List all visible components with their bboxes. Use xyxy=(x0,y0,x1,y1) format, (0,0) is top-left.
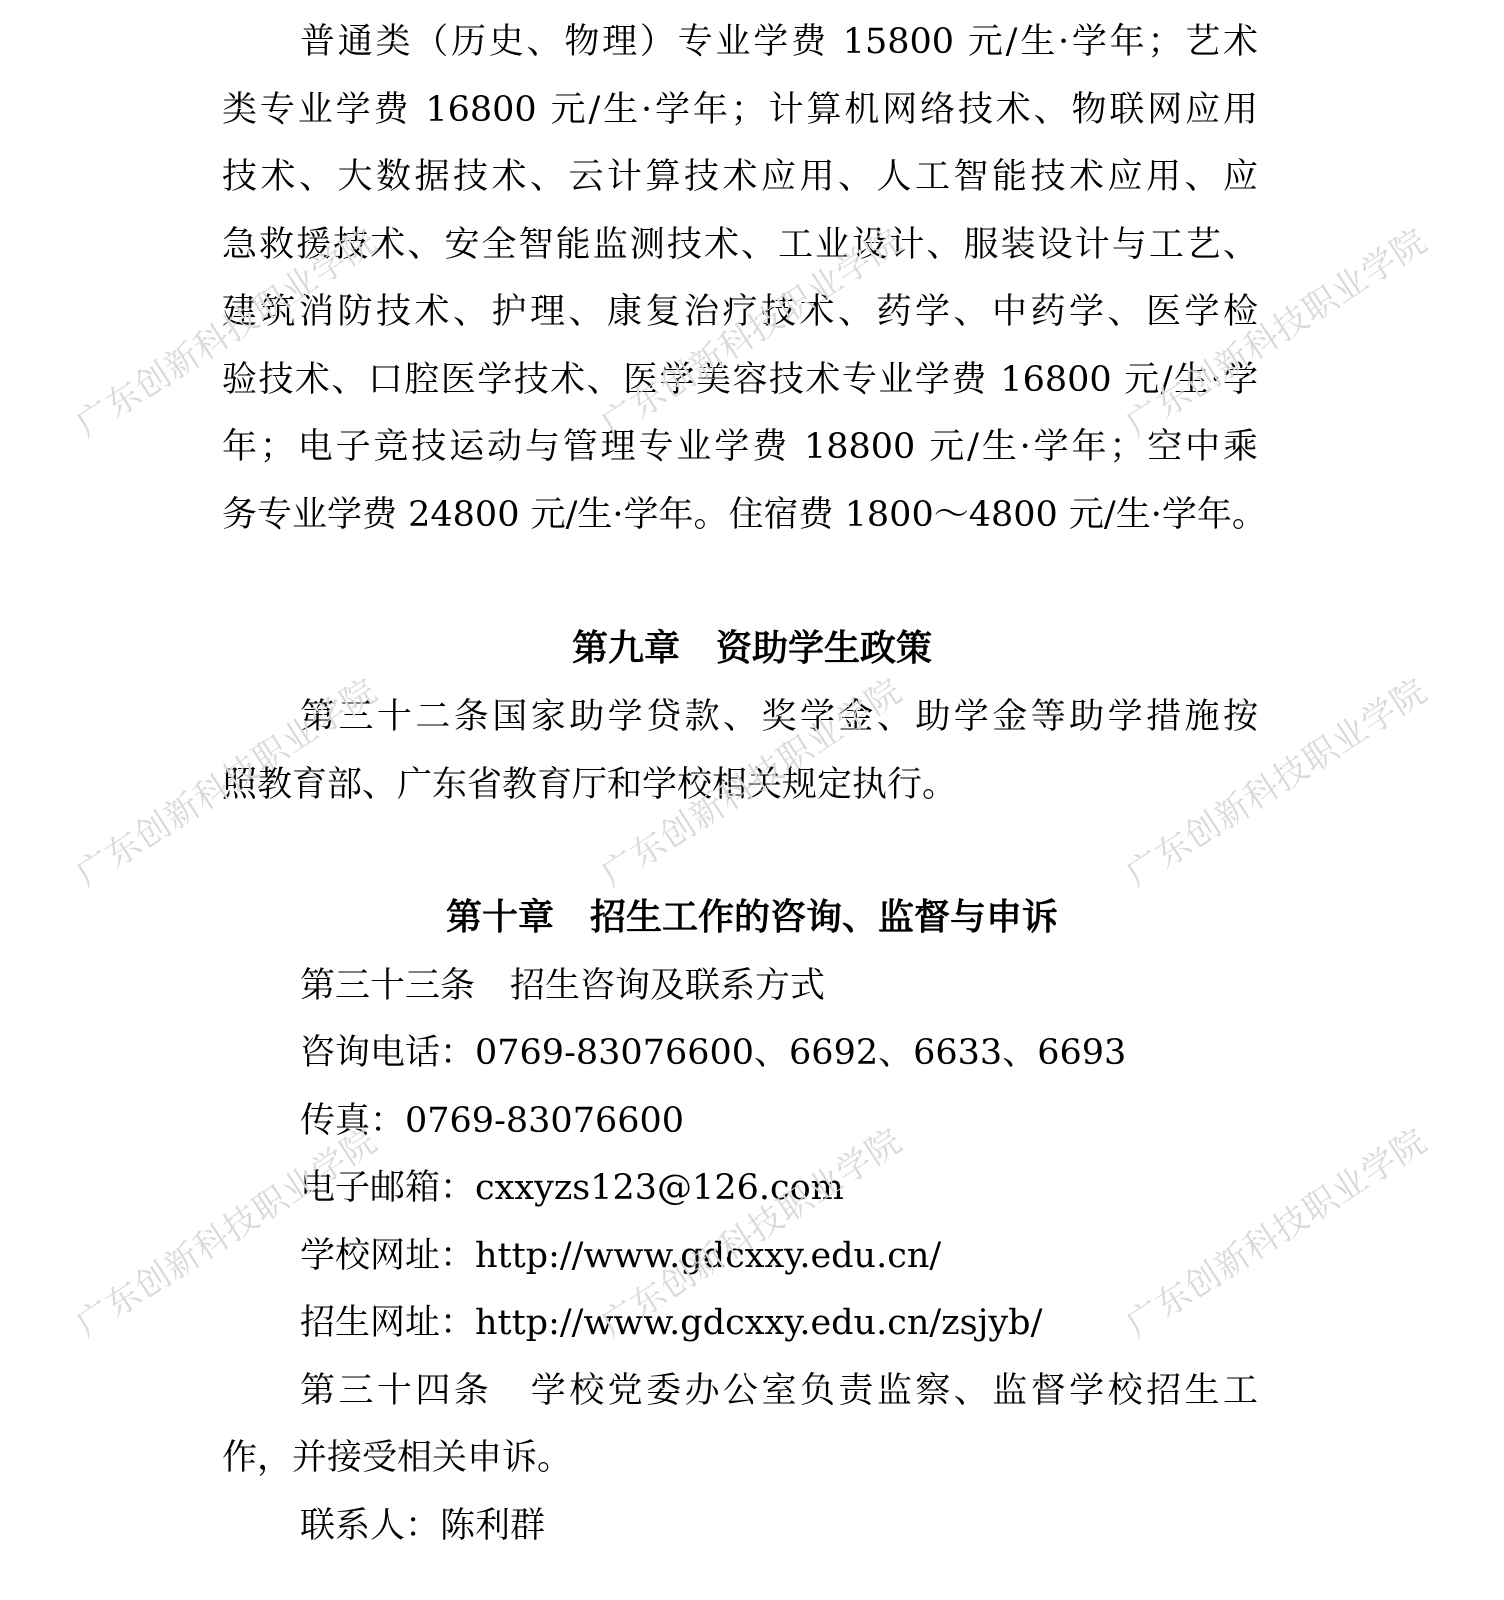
school-website-line: 学校网址：http://www.gdcxxy.edu.cn/ xyxy=(300,1236,1258,1276)
chapter-9-heading: 第九章 资助学生政策 xyxy=(0,628,1504,670)
admission-website-line: 招生网址：http://www.gdcxxy.edu.cn/zsjyb/ xyxy=(300,1303,1258,1343)
chapter-10-heading: 第十章 招生工作的咨询、监督与申诉 xyxy=(0,897,1504,939)
phone-line: 咨询电话：0769-83076600、6692、6633、6693 xyxy=(300,1033,1258,1073)
fax-line: 传真：0769-83076600 xyxy=(300,1101,1258,1141)
fee-line-5: 建筑消防技术、护理、康复治疗技术、药学、中药学、医学检 xyxy=(222,292,1258,332)
fee-line-2: 类专业学费 16800 元/生·学年；计算机网络技术、物联网应用 xyxy=(222,90,1258,130)
article-33-title: 第三十三条 招生咨询及联系方式 xyxy=(300,966,1258,1006)
document-page: 普通类（历史、物理）专业学费 15800 元/生·学年；艺术 类专业学费 168… xyxy=(0,0,1504,1600)
fee-line-4: 急救援技术、安全智能监测技术、工业设计、服装设计与工艺、 xyxy=(222,225,1258,265)
fee-line-3: 技术、大数据技术、云计算技术应用、人工智能技术应用、应 xyxy=(222,157,1258,197)
fee-line-8: 务专业学费 24800 元/生·学年。住宿费 1800～4800 元/生·学年。 xyxy=(222,495,1258,535)
contact-person-line: 联系人：陈利群 xyxy=(300,1506,1258,1546)
fee-line-6: 验技术、口腔医学技术、医学美容技术专业学费 16800 元/生·学 xyxy=(222,360,1258,400)
article-34-line-2: 作，并接受相关申诉。 xyxy=(222,1438,1258,1478)
fee-line-1: 普通类（历史、物理）专业学费 15800 元/生·学年；艺术 xyxy=(300,22,1258,62)
email-line: 电子邮箱：cxxyzs123@126.com xyxy=(300,1168,1258,1208)
article-32-line-2: 照教育部、广东省教育厅和学校相关规定执行。 xyxy=(222,765,1258,805)
fee-line-7: 年；电子竞技运动与管理专业学费 18800 元/生·学年；空中乘 xyxy=(222,427,1258,467)
article-34-line-1: 第三十四条 学校党委办公室负责监察、监督学校招生工 xyxy=(300,1371,1258,1411)
article-32-line-1: 第三十二条国家助学贷款、奖学金、助学金等助学措施按 xyxy=(300,697,1258,737)
